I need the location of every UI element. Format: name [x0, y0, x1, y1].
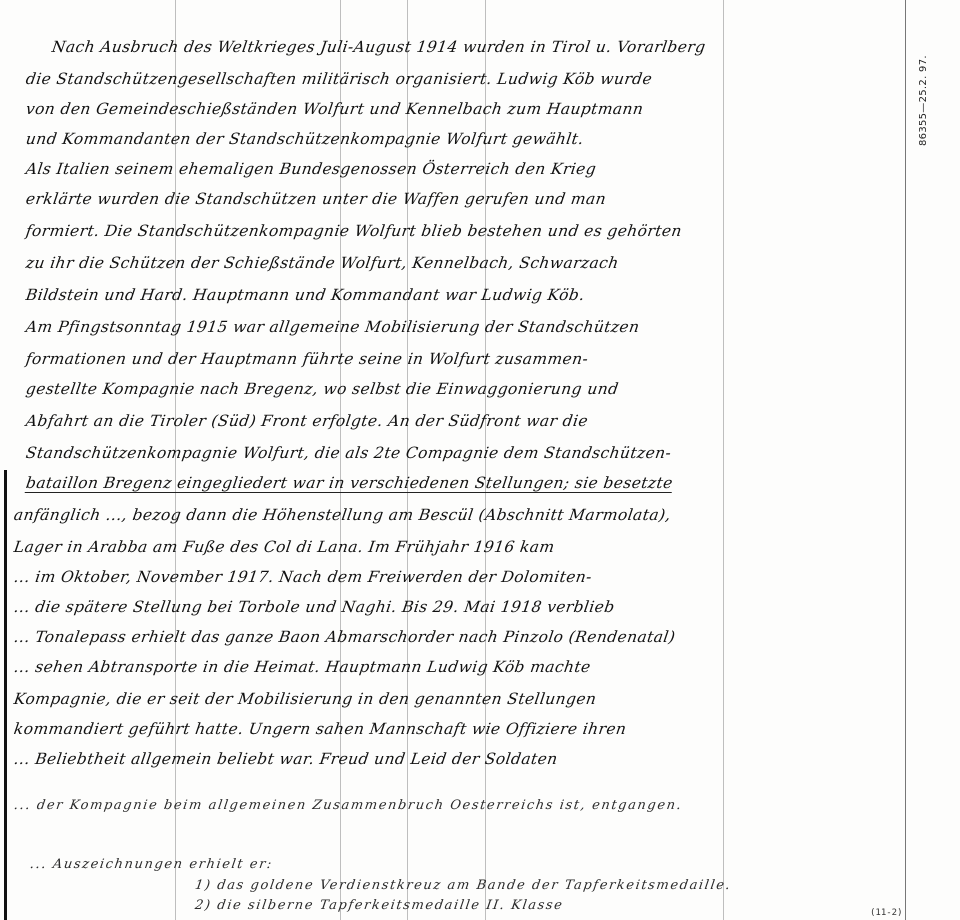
text-line: Lager in Arabba am Fuße des Col di Lana.… — [13, 538, 556, 556]
text-line: die Standschützengesellschaften militäri… — [25, 70, 654, 88]
text-line: und Kommandanten der Standschützenkompag… — [25, 130, 585, 148]
page-marker: (11-2) — [870, 908, 903, 918]
text-line: Kompagnie, die er seit der Mobilisierung… — [13, 690, 598, 708]
text-line: gestellte Kompagnie nach Bregenz, wo sel… — [25, 380, 620, 398]
text-line: 2) die silberne Tapferkeitsmedaille II. … — [194, 898, 565, 913]
document-page: 86355—25.2. 97. Nach Ausbruch des Weltkr… — [0, 0, 960, 920]
text-line: ... der Kompagnie beim allgemeinen Zusam… — [13, 798, 683, 813]
text-line: ... die spätere Stellung bei Torbole und… — [13, 598, 616, 616]
text-line-underlined: bataillon Bregenz eingegliedert war in v… — [25, 474, 674, 493]
binding-edge — [4, 470, 7, 920]
text-line: ... Tonalepass erhielt das ganze Baon Ab… — [13, 628, 677, 646]
text-line: formiert. Die Standschützenkompagnie Wol… — [25, 222, 683, 240]
text-line: ... Auszeichnungen erhielt er: — [29, 857, 274, 872]
text-line: Abfahrt an die Tiroler (Süd) Front erfol… — [25, 412, 590, 430]
text-line: ... sehen Abtransporte in die Heimat. Ha… — [13, 658, 592, 676]
text-line: Bildstein und Hard. Hauptmann und Komman… — [25, 286, 586, 304]
text-line: ... Beliebtheit allgemein beliebt war. F… — [13, 750, 559, 768]
text-line: 1) das goldene Verdienstkreuz am Bande d… — [194, 878, 732, 893]
text-line: anfänglich ..., bezog dann die Höhenstel… — [13, 506, 672, 524]
text-line: kommandiert geführt hatte. Ungern sahen … — [13, 720, 628, 738]
text-line: erklärte wurden die Standschützen unter … — [25, 190, 608, 208]
text-line: Nach Ausbruch des Weltkrieges Juli-Augus… — [51, 38, 707, 56]
text-line: von den Gemeindeschießständen Wolfurt un… — [25, 100, 645, 118]
text-line: Am Pfingstsonntag 1915 war allgemeine Mo… — [25, 318, 641, 336]
archive-stamp: 86355—25.2. 97. — [918, 55, 929, 146]
ruling-line — [723, 0, 724, 920]
text-line: ... im Oktober, November 1917. Nach dem … — [13, 568, 593, 586]
right-margin-line — [905, 0, 906, 920]
text-line: zu ihr die Schützen der Schießstände Wol… — [25, 254, 620, 272]
text-line: Als Italien seinem ehemaligen Bundesgeno… — [25, 160, 598, 178]
text-line: formationen und der Hauptmann führte sei… — [25, 350, 590, 368]
text-line: Standschützenkompagnie Wolfurt, die als … — [25, 444, 673, 462]
